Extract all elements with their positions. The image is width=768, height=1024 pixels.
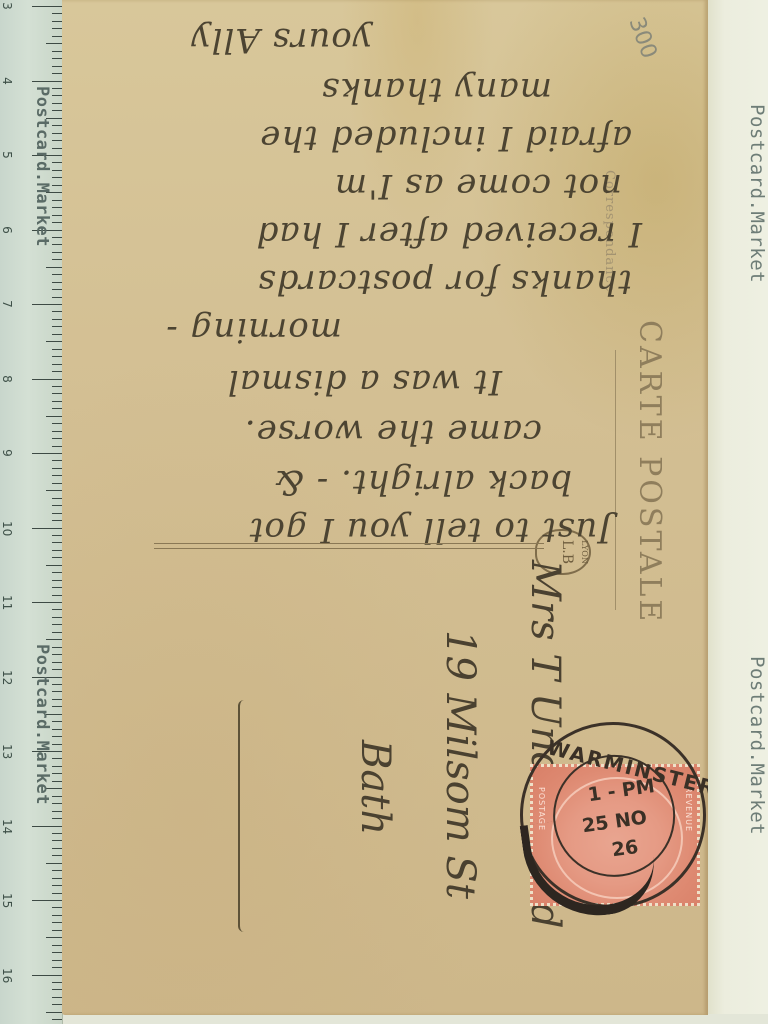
- ruler-tick: [52, 95, 62, 96]
- ruler-number: 6: [1, 223, 13, 237]
- ruler-number: 14: [1, 819, 13, 833]
- ruler-tick: [52, 364, 62, 365]
- ruler-tick: [52, 609, 62, 610]
- message-line: many thanks: [321, 70, 552, 110]
- ruler-tick: [52, 758, 62, 759]
- ruler-tick: [52, 595, 62, 596]
- ruler-tick: [52, 632, 62, 633]
- ruler-tick: [32, 453, 62, 454]
- ruler-tick: [52, 177, 62, 178]
- ruler-tick: [52, 773, 62, 774]
- ruler-tick: [52, 617, 62, 618]
- ruler-tick: [52, 520, 62, 521]
- ruler-tick: [52, 244, 62, 245]
- ruler-tick: [52, 706, 62, 707]
- ruler-tick: [52, 431, 62, 432]
- ruler-tick: [52, 572, 62, 573]
- ruler-tick: [46, 1012, 62, 1013]
- ruler-tick: [32, 528, 62, 529]
- ruler-tick: [52, 744, 62, 745]
- message-line: thanks for postcards: [257, 262, 632, 302]
- ruler-number: 15: [1, 893, 13, 907]
- ruler-tick: [46, 267, 62, 268]
- ruler-brand-text: Postcard.Market: [22, 644, 52, 805]
- watermark-bottom: Postcard.Market: [742, 656, 768, 835]
- ruler-tick: [52, 721, 62, 722]
- ruler-tick: [52, 393, 62, 394]
- ruler-tick: [52, 922, 62, 923]
- ruler-tick: [52, 550, 62, 551]
- ruler-tick: [32, 379, 62, 380]
- ruler-tick: [52, 930, 62, 931]
- ruler-tick: [52, 475, 62, 476]
- ruler-tick: [52, 401, 62, 402]
- ruler-tick: [52, 870, 62, 871]
- ruler-tick: [52, 662, 62, 663]
- ruler-tick: [52, 356, 62, 357]
- ruler-tick: [52, 103, 62, 104]
- ruler-tick: [52, 21, 62, 22]
- ruler-number: 12: [1, 670, 13, 684]
- ruler-tick: [52, 818, 62, 819]
- ruler-tick: [52, 110, 62, 111]
- ruler-tick: [46, 341, 62, 342]
- ruler-tick: [52, 580, 62, 581]
- ruler-tick: [52, 125, 62, 126]
- ruler-tick: [52, 438, 62, 439]
- message-line: It was a dismal: [227, 362, 502, 402]
- ruler-tick: [52, 386, 62, 387]
- ruler-tick: [52, 699, 62, 700]
- ruler-tick: [52, 684, 62, 685]
- ruler-tick: [52, 274, 62, 275]
- ruler-tick: [52, 1019, 62, 1020]
- ruler-tick: [52, 691, 62, 692]
- ruler-tick: [52, 468, 62, 469]
- ruler-tick: [52, 945, 62, 946]
- ruler-tick: [52, 148, 62, 149]
- ruler-number: 5: [1, 148, 13, 162]
- ruler-tick: [52, 952, 62, 953]
- ruler-tick: [52, 140, 62, 141]
- ruler-tick: [52, 252, 62, 253]
- ruler-tick: [46, 565, 62, 566]
- ruler-tick: [52, 587, 62, 588]
- ruler-tick: [52, 557, 62, 558]
- ruler-tick: [52, 319, 62, 320]
- ruler-tick: [52, 349, 62, 350]
- handwritten-message: Just to tell you I gotback alright. - &c…: [72, 0, 672, 550]
- ruler-tick: [52, 855, 62, 856]
- ruler-number: 8: [1, 372, 13, 386]
- ruler-tick: [32, 826, 62, 827]
- address-bracket-stroke: [238, 700, 248, 932]
- ruler-tick: [52, 460, 62, 461]
- ruler-number: 7: [1, 297, 13, 311]
- ruler-tick: [52, 297, 62, 298]
- ruler-tick: [52, 960, 62, 961]
- ruler-tick: [52, 237, 62, 238]
- ruler-tick: [52, 200, 62, 201]
- ruler-tick: [52, 28, 62, 29]
- message-line: back alright. - &: [273, 462, 572, 502]
- ruler-tick: [52, 513, 62, 514]
- ruler-tick: [32, 975, 62, 976]
- ruler-tick: [52, 624, 62, 625]
- ruler-tick: [52, 893, 62, 894]
- ruler-brand-text: Postcard.Market: [22, 86, 52, 247]
- ruler-tick: [32, 81, 62, 82]
- message-line: not come as I'm: [334, 166, 622, 206]
- ruler-tick: [32, 900, 62, 901]
- backdrop-bottom: [60, 1014, 768, 1024]
- ruler-tick: [52, 334, 62, 335]
- ruler-tick: [46, 490, 62, 491]
- ruler-tick: [52, 58, 62, 59]
- ruler-tick: [52, 371, 62, 372]
- ruler-tick: [52, 736, 62, 737]
- ruler-tick: [32, 304, 62, 305]
- ruler-tick: [52, 88, 62, 89]
- ruler: 345678910111213141516Postcard.MarketPost…: [0, 0, 63, 1024]
- ruler-tick: [52, 669, 62, 670]
- ruler-tick: [52, 185, 62, 186]
- postcard-back: 300 Correspondance CARTE POSTALE LYON L.…: [62, 0, 708, 1015]
- ruler-tick: [46, 937, 62, 938]
- ruler-number: 16: [1, 968, 13, 982]
- ruler-tick: [52, 36, 62, 37]
- ruler-tick: [52, 73, 62, 74]
- ruler-tick: [52, 840, 62, 841]
- ruler-tick: [52, 259, 62, 260]
- ruler-tick: [52, 408, 62, 409]
- ruler-tick: [52, 647, 62, 648]
- message-line: came the worse.: [244, 412, 542, 452]
- ruler-tick: [52, 498, 62, 499]
- ruler-tick: [52, 542, 62, 543]
- ruler-tick: [52, 311, 62, 312]
- ruler-tick: [52, 133, 62, 134]
- ruler-tick: [52, 162, 62, 163]
- ruler-tick: [52, 446, 62, 447]
- ruler-tick: [52, 811, 62, 812]
- ruler-tick: [52, 483, 62, 484]
- ruler-number: 4: [1, 74, 13, 88]
- ruler-tick: [52, 833, 62, 834]
- ruler-tick: [52, 13, 62, 14]
- message-line: yours Ally: [190, 20, 372, 60]
- watermark-top: Postcard.Market: [742, 104, 768, 283]
- ruler-tick: [52, 215, 62, 216]
- ruler-tick: [52, 170, 62, 171]
- ruler-tick: [52, 967, 62, 968]
- ruler-number: 9: [1, 446, 13, 460]
- ruler-tick: [52, 982, 62, 983]
- ruler-number: 10: [1, 521, 13, 535]
- postmark-year: 26: [610, 836, 639, 861]
- ruler-tick: [52, 907, 62, 908]
- ruler-tick: [52, 885, 62, 886]
- ruler-tick: [52, 282, 62, 283]
- ruler-tick: [52, 535, 62, 536]
- ruler-tick: [52, 1004, 62, 1005]
- message-line: I received after I had: [256, 214, 642, 254]
- message-line: afraid I included the: [259, 118, 632, 158]
- address-line-city: Bath: [352, 740, 398, 835]
- ruler-tick: [52, 222, 62, 223]
- ruler-number: 3: [1, 0, 13, 13]
- ruler-tick: [52, 505, 62, 506]
- ruler-tick: [52, 423, 62, 424]
- ruler-tick: [52, 848, 62, 849]
- ruler-tick: [52, 207, 62, 208]
- ruler-tick: [52, 915, 62, 916]
- ruler-tick: [52, 51, 62, 52]
- ruler-tick: [46, 43, 62, 44]
- ruler-tick: [46, 416, 62, 417]
- ruler-tick: [52, 289, 62, 290]
- ruler-tick: [52, 878, 62, 879]
- ruler-tick: [52, 781, 62, 782]
- ruler-tick: [32, 6, 62, 7]
- ruler-tick: [32, 602, 62, 603]
- ruler-tick: [52, 326, 62, 327]
- address-line-street: 19 Milsom St: [437, 630, 483, 899]
- ruler-tick: [52, 803, 62, 804]
- ruler-tick: [52, 989, 62, 990]
- ruler-tick: [52, 766, 62, 767]
- ruler-tick: [52, 997, 62, 998]
- ruler-number: 11: [1, 595, 13, 609]
- message-line: morning -: [165, 310, 342, 350]
- ruler-tick: [52, 654, 62, 655]
- ruler-tick: [52, 796, 62, 797]
- ruler-tick: [46, 639, 62, 640]
- ruler-tick: [46, 863, 62, 864]
- ruler-number: 13: [1, 744, 13, 758]
- ruler-tick: [52, 729, 62, 730]
- ruler-tick: [52, 66, 62, 67]
